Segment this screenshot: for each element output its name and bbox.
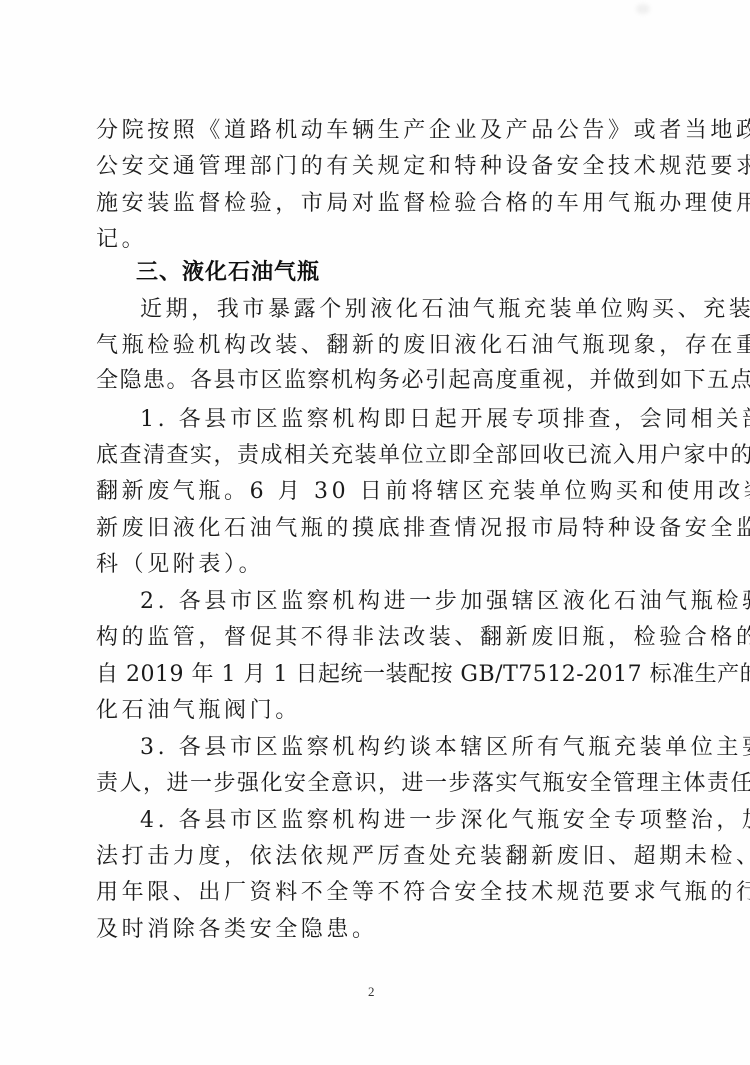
list-item-2-line: 化石油气瓶阀门。 [96,698,656,724]
list-item-3-line: 责人，进一步强化安全意识，进一步落实气瓶安全管理主体责任。 [96,771,656,797]
list-item-4-line: 及时消除各类安全隐患。 [96,917,656,943]
list-item-1-line: 底查清查实，责成相关充装单位立即全部回收已流入用户家中的 [96,443,656,469]
list-item-1-line: 新废旧液化石油气瓶的摸底排查情况报市局特种设备安全监察 [96,516,656,542]
list-item-3-line: 3. 各县市区监察机构约谈本辖区所有气瓶充装单位主要负 [140,735,656,761]
list-item-4-line: 4. 各县市区监察机构进一步深化气瓶安全专项整治，加大执 [140,808,656,834]
list-item-4-line: 法打击力度，依法依规严厉查处充装翻新废旧、超期未检、超使 [96,844,656,870]
text-line: 施安装监督检验，市局对监督检验合格的车用气瓶办理使用登 [96,191,656,217]
document-page: 分院按照《道路机动车辆生产企业及产品公告》或者当地政府及 公安交通管理部门的有关… [0,0,750,1065]
text-line: 记。 [96,227,656,253]
text-line: 全隐患。各县市区监察机构务必引起高度重视，并做到如下五点： [96,368,656,394]
list-item-2-line: 2. 各县市区监察机构进一步加强辖区液化石油气瓶检验机 [140,589,656,615]
page-number: 2 [368,984,375,1000]
text-line: 气瓶检验机构改装、翻新的废旧液化石油气瓶现象，存在重大安 [96,333,656,359]
list-item-2-line: 构的监管，督促其不得非法改装、翻新废旧瓶，检验合格的气瓶 [96,625,656,651]
list-item-1-line: 翻新废气瓶。6 月 30 日前将辖区充装单位购买和使用改装、翻 [96,479,656,505]
scan-artifact [636,4,650,14]
list-item-1-line: 科（见附表）。 [96,552,656,578]
text-line: 近期，我市暴露个别液化石油气瓶充装单位购买、充装外省 [140,297,656,323]
list-item-2-line: 自 2019 年 1 月 1 日起统一装配按 GB/T7512-2017 标准生… [96,662,656,688]
list-item-1-line: 1. 各县市区监察机构即日起开展专项排查，会同相关部门彻 [140,407,656,433]
text-line: 分院按照《道路机动车辆生产企业及产品公告》或者当地政府及 [96,118,656,144]
section-heading: 三、液化石油气瓶 [136,260,320,286]
text-line: 公安交通管理部门的有关规定和特种设备安全技术规范要求实 [96,154,656,180]
list-item-4-line: 用年限、出厂资料不全等不符合安全技术规范要求气瓶的行为， [96,880,656,906]
